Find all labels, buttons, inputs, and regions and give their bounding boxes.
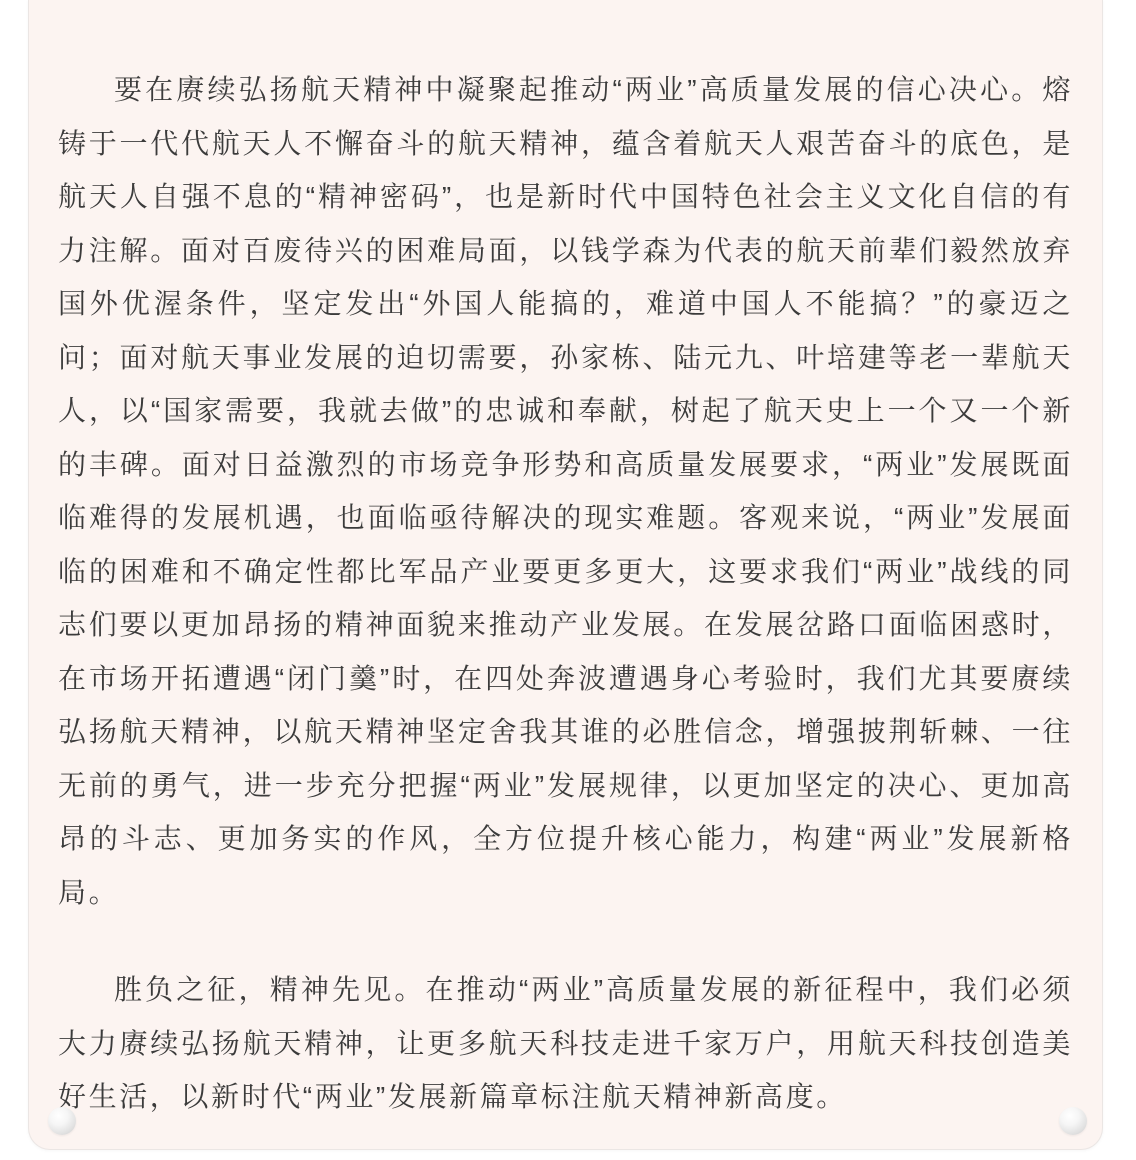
card-corner-sphere-right xyxy=(1059,1107,1087,1135)
article-paragraph-1: 要在赓续弘扬航天精神中凝聚起推动“两业”高质量发展的信心决心。熔铸于一代代航天人… xyxy=(58,63,1073,919)
card-corner-sphere-left xyxy=(48,1107,76,1135)
article-content: 要在赓续弘扬航天精神中凝聚起推动“两业”高质量发展的信心决心。熔铸于一代代航天人… xyxy=(29,0,1102,1124)
article-card: 要在赓续弘扬航天精神中凝聚起推动“两业”高质量发展的信心决心。熔铸于一代代航天人… xyxy=(28,0,1103,1150)
article-paragraph-2: 胜负之征，精神先见。在推动“两业”高质量发展的新征程中，我们必须大力赓续弘扬航天… xyxy=(58,963,1073,1124)
